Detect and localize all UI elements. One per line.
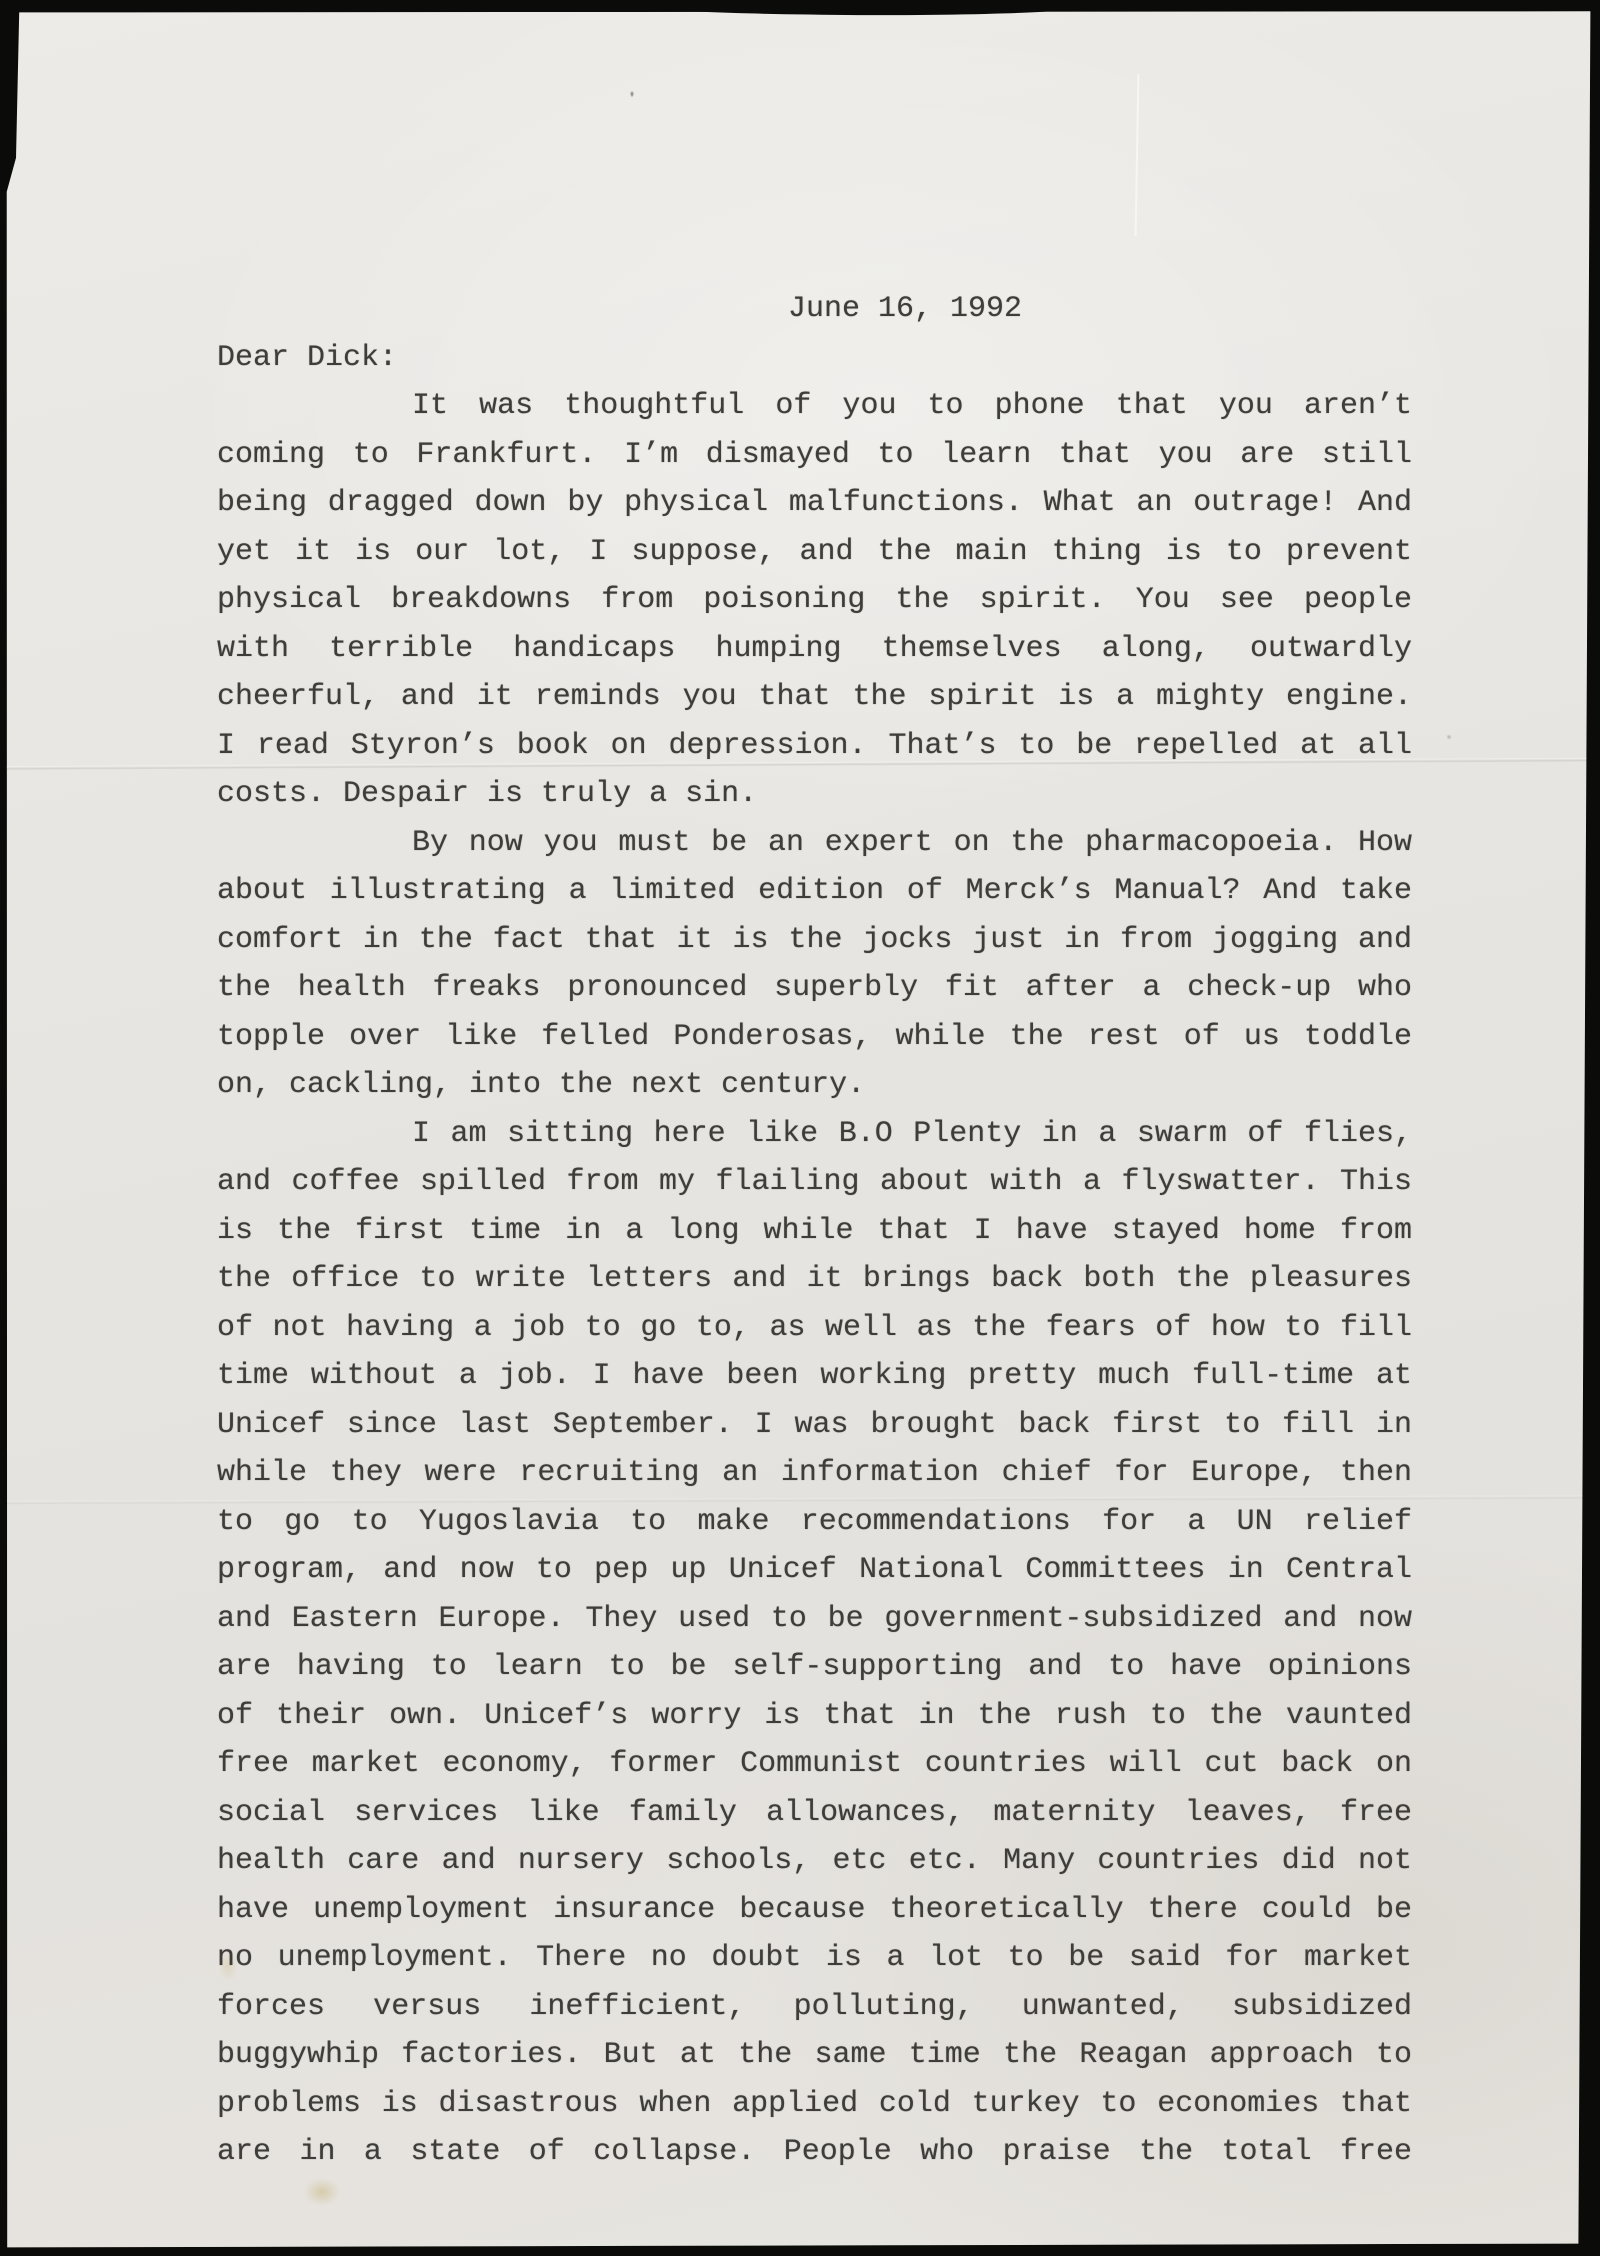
letter-line: the health freaks pronounced superbly fi… bbox=[217, 964, 1412, 1013]
letter-line: while they were recruiting an informatio… bbox=[217, 1449, 1412, 1498]
letter-line: of their own. Unicef’s worry is that in … bbox=[217, 1692, 1412, 1741]
letter-line: on, cackling, into the next century. bbox=[217, 1061, 1412, 1110]
letter-line: about illustrating a limited edition of … bbox=[217, 867, 1412, 916]
letter-line: of not having a job to go to, as well as… bbox=[217, 1304, 1412, 1353]
letter-line: and Eastern Europe. They used to be gove… bbox=[217, 1595, 1412, 1644]
letter-line: yet it is our lot, I suppose, and the ma… bbox=[217, 528, 1412, 577]
letter-line: are having to learn to be self-supportin… bbox=[217, 1643, 1412, 1692]
salutation: Dear Dick: bbox=[217, 334, 1412, 383]
letter-line: no unemployment. There no doubt is a lot… bbox=[217, 1934, 1412, 1983]
letter-line: topple over like felled Ponderosas, whil… bbox=[217, 1013, 1412, 1062]
letter-line: the office to write letters and it bring… bbox=[217, 1255, 1412, 1304]
letter-line: health care and nursery schools, etc etc… bbox=[217, 1837, 1412, 1886]
letter-line: with terrible handicaps humping themselv… bbox=[217, 625, 1412, 674]
letter-line: comfort in the fact that it is the jocks… bbox=[217, 916, 1412, 965]
letter-line: physical breakdowns from poisoning the s… bbox=[217, 576, 1412, 625]
letter-line: By now you must be an expert on the phar… bbox=[217, 819, 1412, 868]
letter-line: I am sitting here like B.O Plenty in a s… bbox=[217, 1110, 1412, 1159]
letter-line: time without a job. I have been working … bbox=[217, 1352, 1412, 1401]
letter-paragraphs: It was thoughtful of you to phone that y… bbox=[217, 382, 1412, 2177]
letter-line: I read Styron’s book on depression. That… bbox=[217, 722, 1412, 771]
letter-line: coming to Frankfurt. I’m dismayed to lea… bbox=[217, 431, 1412, 480]
letter-line: cheerful, and it reminds you that the sp… bbox=[217, 673, 1412, 722]
letter-line: being dragged down by physical malfuncti… bbox=[217, 479, 1412, 528]
letter-line: social services like family allowances, … bbox=[217, 1789, 1412, 1838]
letter-line: have unemployment insurance because theo… bbox=[217, 1886, 1412, 1935]
letter-line: costs. Despair is truly a sin. bbox=[217, 770, 1412, 819]
letter-line: forces versus inefficient, polluting, un… bbox=[217, 1983, 1412, 2032]
letter-line: program, and now to pep up Unicef Nation… bbox=[217, 1546, 1412, 1595]
letter-line: to go to Yugoslavia to make recommendati… bbox=[217, 1498, 1412, 1547]
letter-line: are in a state of collapse. People who p… bbox=[217, 2128, 1412, 2177]
letter-line: It was thoughtful of you to phone that y… bbox=[217, 382, 1412, 431]
date-line: June 16, 1992 bbox=[217, 285, 1412, 334]
letter-page: June 16, 1992 Dear Dick: It was thoughtf… bbox=[0, 0, 1600, 2256]
letter-line: free market economy, former Communist co… bbox=[217, 1740, 1412, 1789]
letter-line: problems is disastrous when applied cold… bbox=[217, 2080, 1412, 2129]
letter-line: Unicef since last September. I was broug… bbox=[217, 1401, 1412, 1450]
letter-line: buggywhip factories. But at the same tim… bbox=[217, 2031, 1412, 2080]
letter-line: is the first time in a long while that I… bbox=[217, 1207, 1412, 1256]
paper-scratch bbox=[1135, 74, 1140, 236]
letter-line: and coffee spilled from my flailing abou… bbox=[217, 1158, 1412, 1207]
letter-body: June 16, 1992 Dear Dick: It was thoughtf… bbox=[217, 285, 1412, 2177]
